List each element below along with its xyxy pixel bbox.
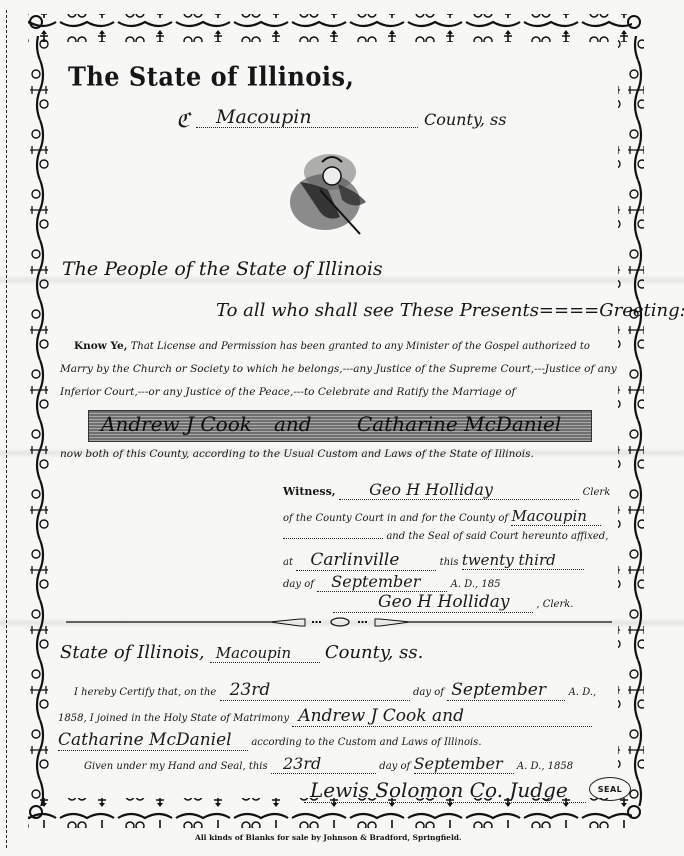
- certificate-county-suffix: County, ss.: [325, 642, 423, 663]
- court-county: Macoupin: [511, 507, 601, 526]
- conjunction: and: [274, 412, 312, 436]
- bride-line: Catharine McDaniel according to the Cust…: [58, 730, 482, 751]
- month-field: September: [317, 572, 447, 592]
- given-year: A. D., 1858: [517, 761, 573, 772]
- document-title: The State of Illinois,: [68, 61, 354, 92]
- greeting-line: To all who shall see These Presents====G…: [216, 300, 684, 321]
- custom-line: according to the Custom and Laws of Illi…: [251, 737, 481, 748]
- certify-line: I hereby Certify that, on the 23rd day o…: [74, 680, 596, 701]
- certificate-groom: Andrew J Cook and: [292, 706, 592, 727]
- printer-note: All kinds of Blanks for sale by Johnson …: [195, 833, 462, 842]
- certify-ad: A. D.,: [569, 687, 597, 698]
- groom-name: Andrew J Cook: [101, 412, 252, 436]
- matrimony-line: 1858, I joined in the Holy State of Matr…: [58, 706, 592, 727]
- witness-clerk-name: Geo H Holliday: [339, 480, 579, 500]
- seal-stamp: SEAL: [589, 777, 631, 801]
- given-lead: Given under my Hand and Seal, this: [84, 761, 268, 772]
- officiant-signature: Lewis Solomon Co. Judge: [304, 778, 586, 803]
- residence-line: now both of this County, according to th…: [60, 448, 534, 460]
- year-label: A. D., 185: [451, 579, 501, 590]
- clerk-signature-title: , Clerk.: [536, 599, 573, 610]
- day-of-label: day of: [283, 579, 314, 590]
- given-day: 23rd: [271, 754, 376, 774]
- certify-month: September: [447, 680, 565, 701]
- county-field: Macoupin: [196, 106, 418, 128]
- know-ye-paragraph-line-2: Marry by the Church or Society to which …: [60, 363, 617, 375]
- certify-lead: I hereby Certify that, on the: [74, 687, 216, 698]
- county-suffix: County, ss: [424, 110, 506, 129]
- certificate-state-line: State of Illinois, Macoupin County, ss.: [60, 642, 423, 663]
- witness-clerk-title: Clerk: [583, 487, 611, 498]
- certificate-state: State of Illinois,: [60, 642, 205, 663]
- know-ye-lead: Know Ye,: [74, 340, 127, 352]
- know-ye-paragraph-line-3: Inferior Court,---or any Justice of the …: [60, 386, 515, 398]
- at-label: at: [283, 557, 293, 568]
- couple-names-band: Andrew J Cook and Catharine McDaniel: [88, 410, 592, 442]
- blank-field: [283, 538, 383, 539]
- seal-line-text: and the Seal of said Court hereunto affi…: [386, 531, 608, 542]
- certify-day: 23rd: [220, 680, 410, 701]
- certificate-bride: Catharine McDaniel: [58, 730, 248, 751]
- given-day-of: day of: [379, 761, 410, 772]
- clerk-signature: Geo H Holliday: [333, 592, 533, 613]
- this-label: this: [440, 557, 459, 568]
- place-line: at Carlinville this twenty third: [283, 550, 584, 571]
- given-line: Given under my Hand and Seal, this 23rd …: [84, 754, 573, 774]
- clerk-signature-line: Geo H Holliday , Clerk.: [333, 592, 574, 613]
- witness-line: Witness, Geo H Holliday Clerk: [283, 480, 610, 500]
- bride-name: Catharine McDaniel: [357, 412, 561, 436]
- cherub-icon: [280, 142, 380, 242]
- year-joined-text: 1858, I joined in the Holy State of Matr…: [58, 713, 289, 724]
- know-ye-text: That License and Permission has been gra…: [131, 341, 590, 352]
- day-words-field: twenty third: [462, 551, 584, 570]
- know-ye-paragraph-line-1: Know Ye, That License and Permission has…: [74, 340, 590, 352]
- court-line: of the County Court in and for the Count…: [283, 507, 601, 526]
- certify-day-of: day of: [413, 687, 444, 698]
- people-of-state-line: The People of the State of Illinois: [62, 258, 383, 280]
- seal-line: and the Seal of said Court hereunto affi…: [283, 530, 608, 542]
- county-prefix: ℭ: [176, 108, 190, 132]
- place-field: Carlinville: [296, 550, 436, 571]
- witness-label: Witness,: [283, 485, 336, 498]
- certificate-county: Macoupin: [210, 644, 320, 663]
- court-line-text: of the County Court in and for the Count…: [283, 513, 508, 524]
- given-month: September: [414, 754, 514, 774]
- marriage-license-document: The State of Illinois, ℭ Macoupin County…: [0, 0, 684, 856]
- month-line: day of September A. D., 185: [283, 572, 500, 592]
